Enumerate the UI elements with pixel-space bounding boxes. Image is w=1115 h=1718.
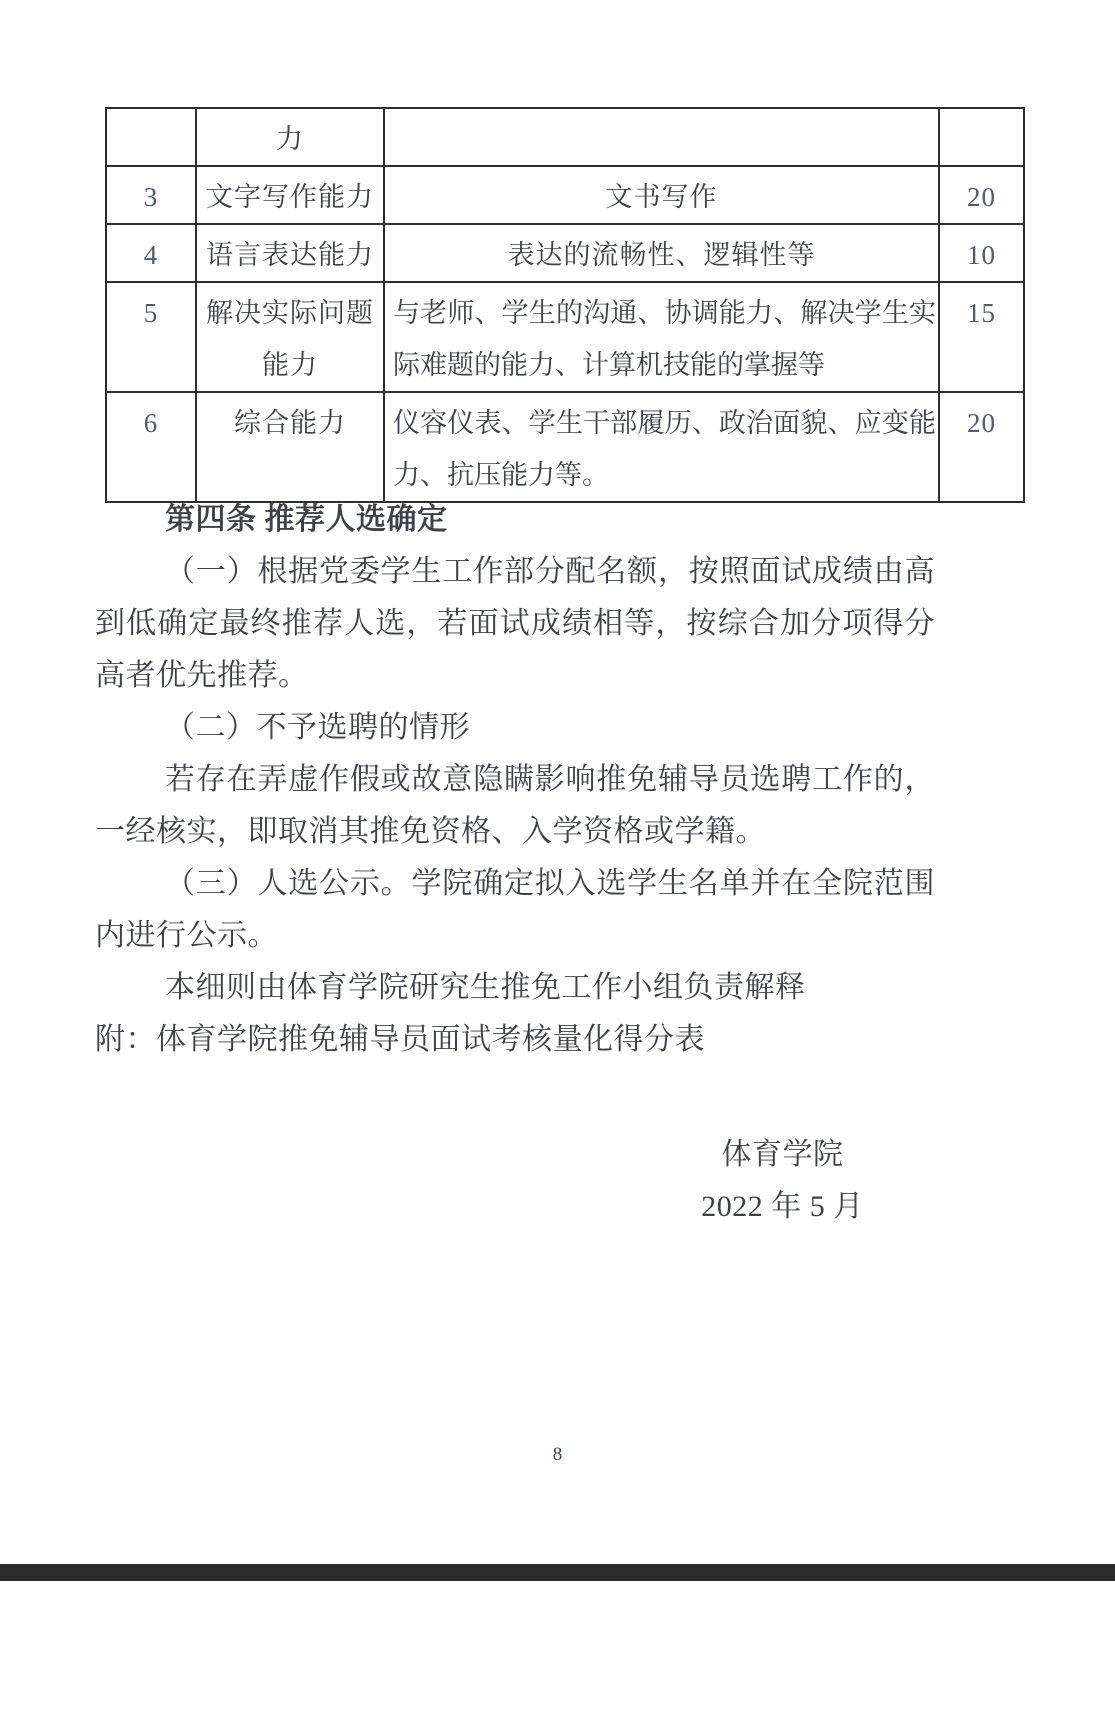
ability-cell: 语言表达能力 [196, 224, 384, 282]
paragraph-interpretation: 本细则由体育学院研究生推免工作小组负责解释 [95, 962, 935, 1014]
row-index-cell: 5 [106, 282, 196, 392]
page-number: 8 [0, 1443, 1115, 1467]
paragraph-publicity: （三）人选公示。学院确定拟入选学生名单并在全院范围内进行公示。 [95, 858, 935, 962]
row-index-cell: 3 [106, 166, 196, 224]
table-row: 5 解决实际问题能力 与老师、学生的沟通、协调能力、解决学生实际难题的能力、计算… [106, 282, 1024, 392]
description-cell: 表达的流畅性、逻辑性等 [384, 224, 939, 282]
table-row: 力 [106, 108, 1024, 166]
score-cell: 15 [939, 282, 1024, 392]
ability-cell: 文字写作能力 [196, 166, 384, 224]
ability-cell: 力 [196, 108, 384, 166]
document-body: 第四条 推荐人选确定 （一）根据党委学生工作部分配名额，按照面试成绩由高到低确定… [95, 494, 935, 1066]
ability-cell: 综合能力 [196, 392, 384, 502]
document-page: 力 3 文字写作能力 文书写作 20 4 语言表达能力 表达的流畅性、逻辑性等 … [0, 0, 1115, 1718]
row-index-cell [106, 108, 196, 166]
paragraph-selection: （一）根据党委学生工作部分配名额，按照面试成绩由高到低确定最终推荐人选，若面试成… [95, 546, 935, 702]
table-row: 6 综合能力 仪容仪表、学生干部履历、政治面貌、应变能力、抗压能力等。 20 [106, 392, 1024, 502]
signature-date: 2022 年 5 月 [630, 1181, 935, 1233]
page-separator-bar [0, 1564, 1115, 1581]
score-cell: 10 [939, 224, 1024, 282]
description-cell: 仪容仪表、学生干部履历、政治面貌、应变能力、抗压能力等。 [384, 392, 939, 502]
score-cell [939, 108, 1024, 166]
row-index-cell: 6 [106, 392, 196, 502]
ability-cell: 解决实际问题能力 [196, 282, 384, 392]
paragraph-rejection-title: （二）不予选聘的情形 [95, 702, 935, 754]
description-cell: 文书写作 [384, 166, 939, 224]
paragraph-attachment: 附：体育学院推免辅导员面试考核量化得分表 [95, 1014, 935, 1066]
description-cell: 与老师、学生的沟通、协调能力、解决学生实际难题的能力、计算机技能的掌握等 [384, 282, 939, 392]
section-heading: 第四条 推荐人选确定 [95, 494, 935, 546]
signature-org: 体育学院 [630, 1129, 935, 1181]
paragraph-rejection: 若存在弄虚作假或故意隐瞒影响推免辅导员选聘工作的，一经核实，即取消其推免资格、入… [95, 754, 935, 858]
score-cell: 20 [939, 392, 1024, 502]
score-cell: 20 [939, 166, 1024, 224]
table-row: 3 文字写作能力 文书写作 20 [106, 166, 1024, 224]
row-index-cell: 4 [106, 224, 196, 282]
table-row: 4 语言表达能力 表达的流畅性、逻辑性等 10 [106, 224, 1024, 282]
description-cell [384, 108, 939, 166]
signature-block: 体育学院 2022 年 5 月 [630, 1129, 935, 1233]
score-table: 力 3 文字写作能力 文书写作 20 4 语言表达能力 表达的流畅性、逻辑性等 … [105, 107, 1025, 503]
